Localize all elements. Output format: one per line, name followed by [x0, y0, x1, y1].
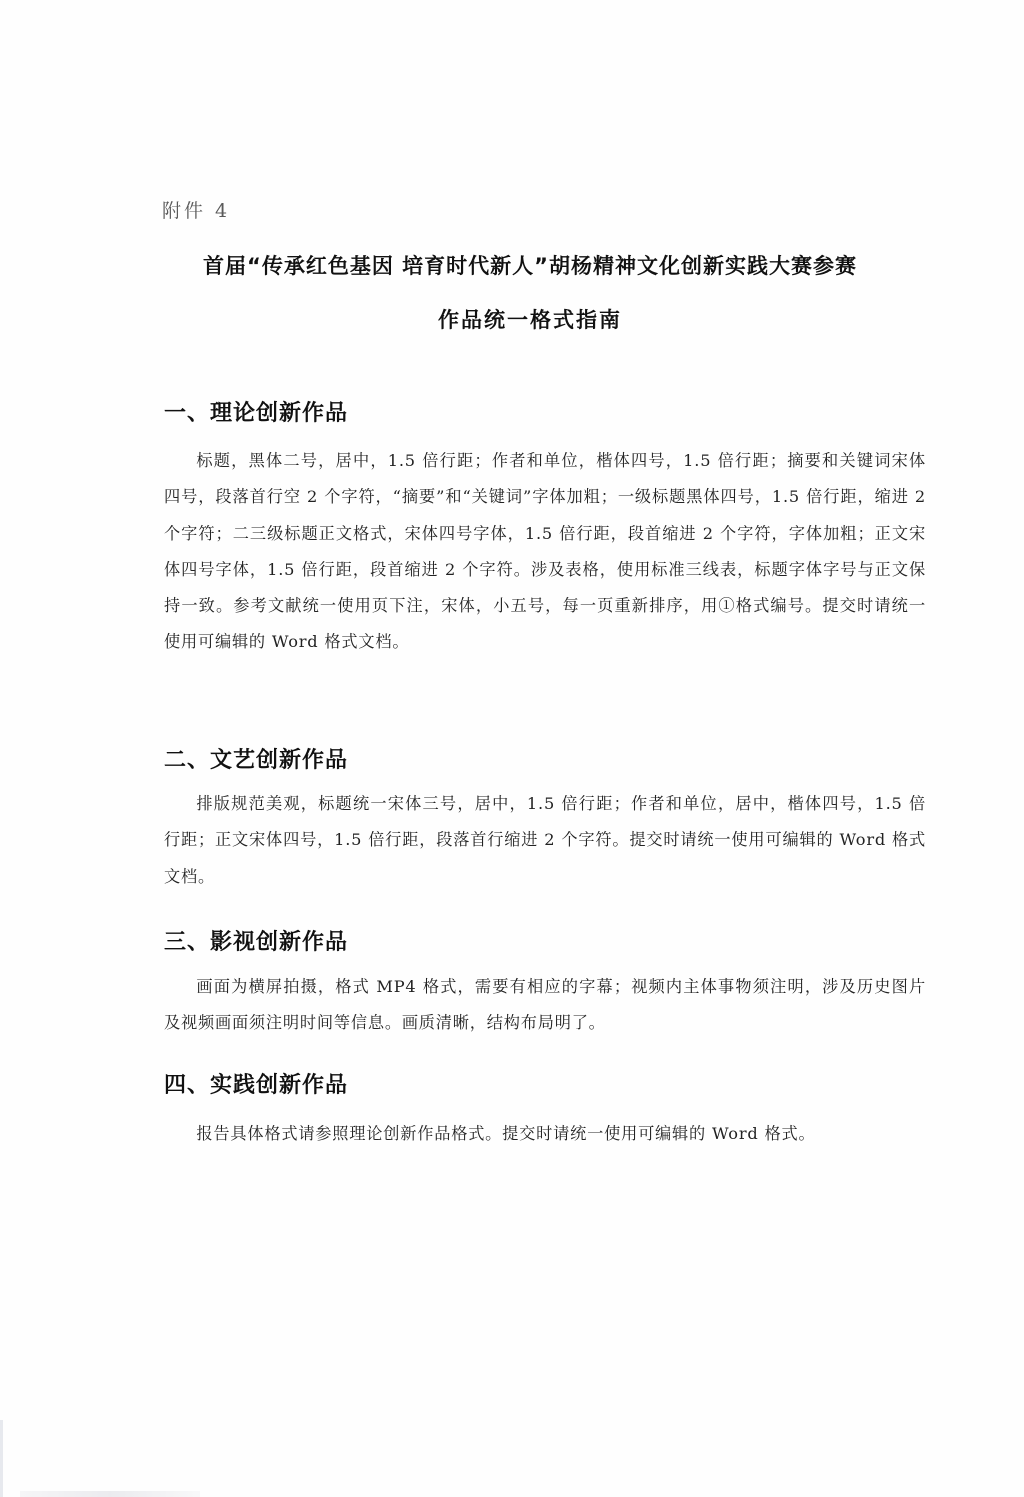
scan-artifact-bottom [20, 1491, 200, 1497]
attachment-label: 附件 4 [162, 196, 230, 223]
section-body-practice: 报告具体格式请参照理论创新作品格式。提交时请统一使用可编辑的 Word 格式。 [164, 1116, 926, 1152]
document-page: 附件 4 首届“传承红色基因 培育时代新人”胡杨精神文化创新实践大赛参赛 作品统… [0, 0, 1024, 1497]
document-title-line-1: 首届“传承红色基因 培育时代新人”胡杨精神文化创新实践大赛参赛 [140, 250, 920, 280]
scan-artifact-left [0, 1420, 3, 1497]
section-heading-theory: 一、理论创新作品 [164, 396, 348, 427]
section-body-film: 画面为横屏拍摄，格式 MP4 格式，需要有相应的字幕；视频内主体事物须注明，涉及… [164, 969, 926, 1042]
section-heading-arts: 二、文艺创新作品 [164, 743, 348, 774]
section-heading-film: 三、影视创新作品 [164, 925, 348, 956]
section-body-arts: 排版规范美观，标题统一宋体三号，居中，1.5 倍行距；作者和单位，居中，楷体四号… [164, 786, 926, 895]
document-title-line-2: 作品统一格式指南 [140, 304, 920, 334]
section-heading-practice: 四、实践创新作品 [164, 1068, 348, 1099]
section-body-theory: 标题，黑体二号，居中，1.5 倍行距；作者和单位，楷体四号，1.5 倍行距；摘要… [164, 443, 926, 661]
